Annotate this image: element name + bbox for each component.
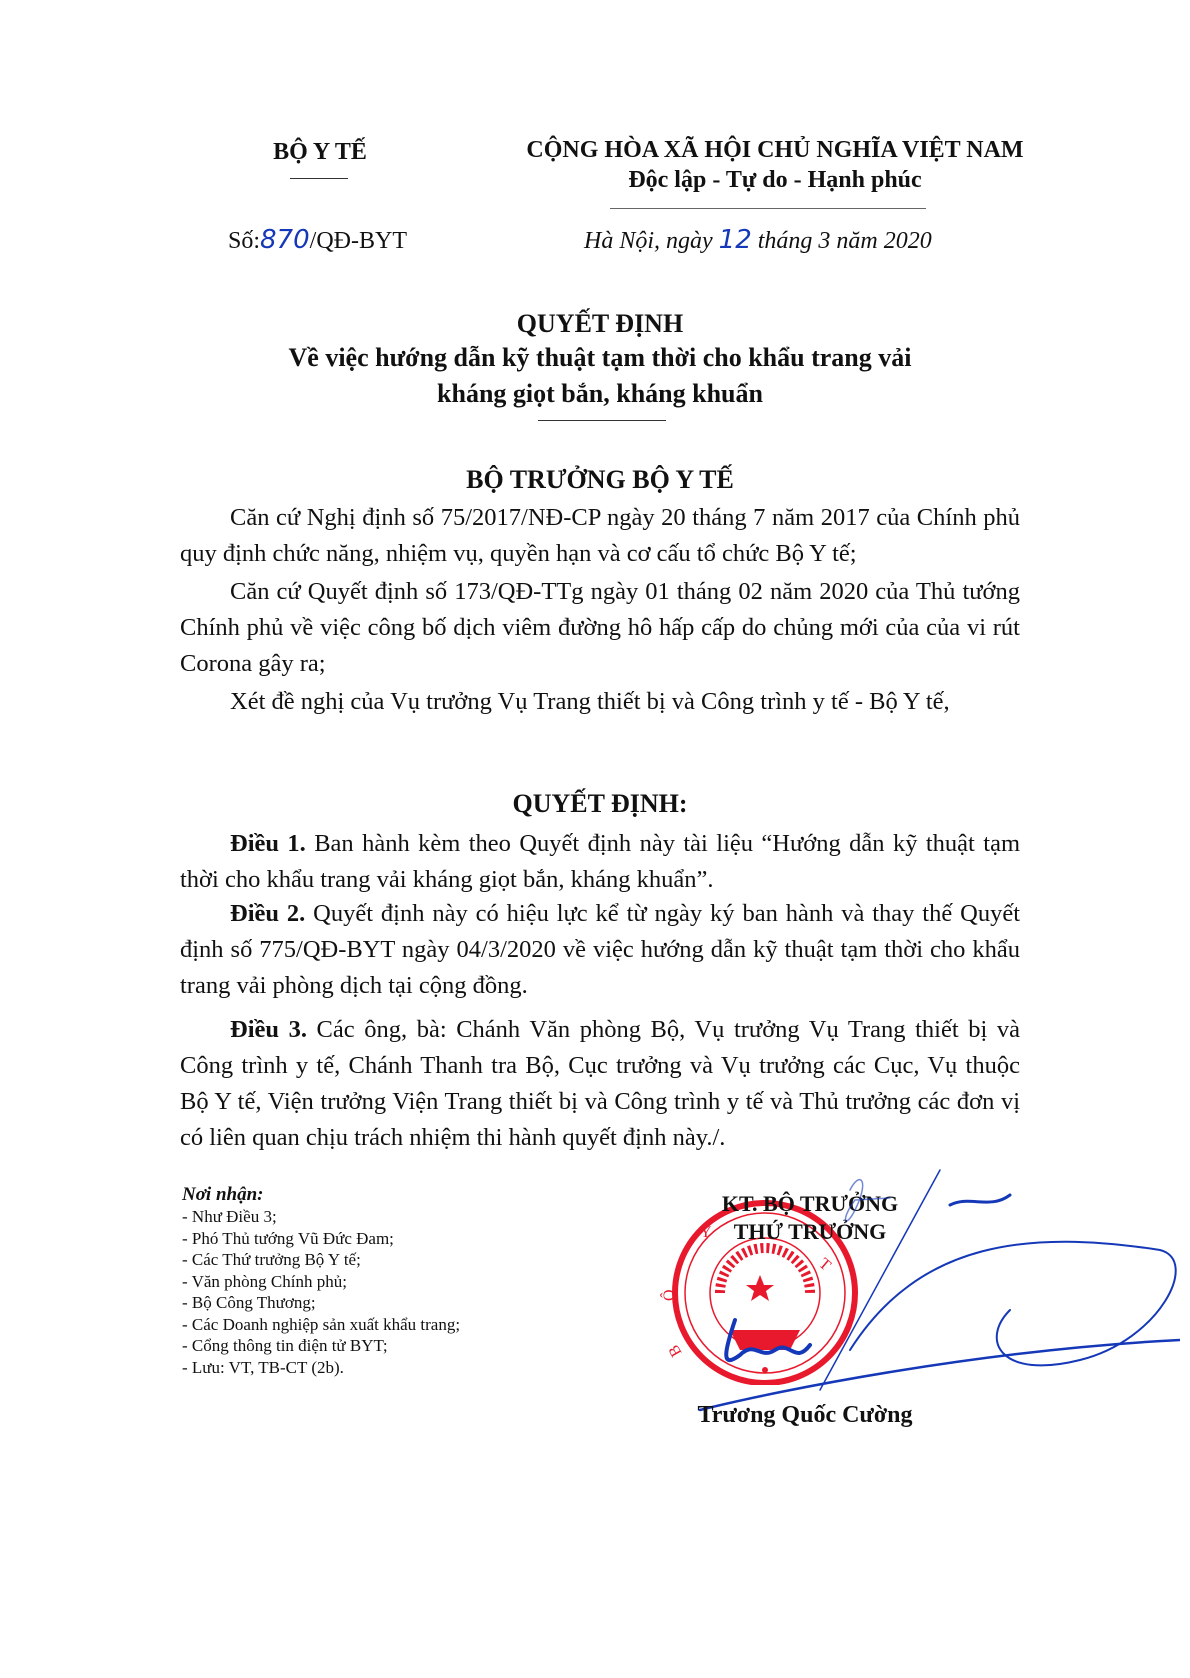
recipient-item: - Như Điều 3; bbox=[182, 1206, 562, 1228]
nation-name: CỘNG HÒA XÃ HỘI CHỦ NGHĨA VIỆT NAM bbox=[500, 134, 1050, 166]
date-suffix: tháng 3 năm 2020 bbox=[758, 228, 932, 254]
document-number: Số:870/QĐ-BYT bbox=[228, 224, 407, 257]
preamble-1: Căn cứ Nghị định số 75/2017/NĐ-CP ngày 2… bbox=[180, 500, 1020, 572]
decision-heading: QUYẾT ĐỊNH: bbox=[180, 786, 1020, 822]
preamble-3: Xét đề nghị của Vụ trưởng Vụ Trang thiết… bbox=[180, 684, 1020, 720]
agency-underline bbox=[290, 178, 348, 179]
article-1-label: Điều 1. bbox=[230, 830, 306, 857]
recipient-item: - Các Thứ trưởng Bộ Y tế; bbox=[182, 1249, 562, 1271]
recipient-item: - Cổng thông tin điện tử BYT; bbox=[182, 1335, 562, 1357]
article-2-label: Điều 2. bbox=[230, 900, 305, 927]
number-prefix: Số: bbox=[228, 228, 260, 254]
recipients-block: Nơi nhận: - Như Điều 3;- Phó Thủ tướng V… bbox=[182, 1184, 562, 1378]
handwritten-number: 870 bbox=[260, 225, 310, 255]
recipients-list: - Như Điều 3;- Phó Thủ tướng Vũ Đức Đam;… bbox=[182, 1206, 562, 1378]
recipient-item: - Phó Thủ tướng Vũ Đức Đam; bbox=[182, 1228, 562, 1250]
title-underline bbox=[538, 420, 666, 421]
article-3-label: Điều 3. bbox=[230, 1016, 307, 1043]
date-prefix: Hà Nội, ngày bbox=[584, 228, 713, 254]
handwritten-day: 12 bbox=[719, 225, 752, 255]
decision-subject-line-2: kháng giọt bắn, kháng khuẩn bbox=[180, 376, 1020, 412]
recipient-item: - Bộ Công Thương; bbox=[182, 1292, 562, 1314]
signer-name: Trương Quốc Cường bbox=[640, 1402, 970, 1429]
recipient-item: - Các Doanh nghiệp sản xuất khẩu trang; bbox=[182, 1314, 562, 1336]
decision-title: QUYẾT ĐỊNH bbox=[180, 306, 1020, 342]
article-2: Điều 2. Quyết định này có hiệu lực kể từ… bbox=[180, 896, 1020, 1004]
decision-subject-line-1: Về việc hướng dẫn kỹ thuật tạm thời cho … bbox=[180, 340, 1020, 376]
recipient-item: - Lưu: VT, TB-CT (2b). bbox=[182, 1357, 562, 1379]
national-motto: Độc lập - Tự do - Hạnh phúc bbox=[500, 164, 1050, 196]
number-suffix: /QĐ-BYT bbox=[310, 228, 407, 254]
agency-name: BỘ Y TẾ bbox=[230, 136, 410, 168]
article-1-text: Ban hành kèm theo Quyết định này tài liệ… bbox=[180, 830, 1020, 893]
motto-underline bbox=[610, 208, 926, 209]
article-1: Điều 1. Ban hành kèm theo Quyết định này… bbox=[180, 826, 1020, 898]
issue-date: Hà Nội, ngày 12 tháng 3 năm 2020 bbox=[584, 224, 932, 257]
article-2-text: Quyết định này có hiệu lực kể từ ngày ký… bbox=[180, 900, 1020, 999]
issuing-authority: BỘ TRƯỞNG BỘ Y TẾ bbox=[180, 462, 1020, 498]
preamble-2: Căn cứ Quyết định số 173/QĐ-TTg ngày 01 … bbox=[180, 574, 1020, 682]
recipients-title: Nơi nhận: bbox=[182, 1184, 562, 1206]
handwritten-signature-icon bbox=[560, 1110, 1180, 1450]
recipient-item: - Văn phòng Chính phủ; bbox=[182, 1271, 562, 1293]
